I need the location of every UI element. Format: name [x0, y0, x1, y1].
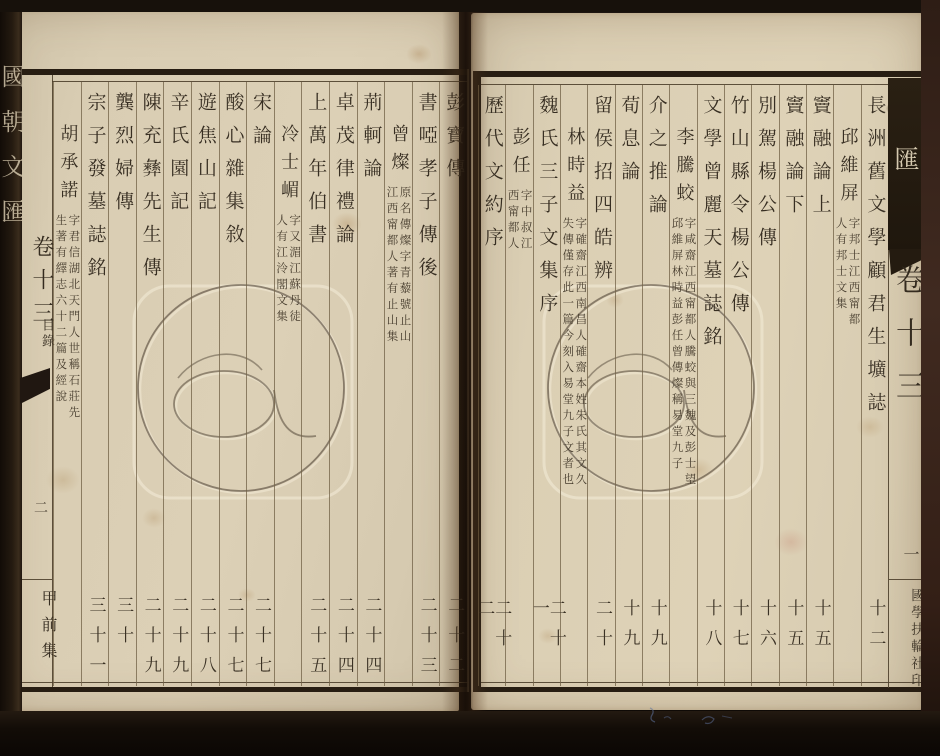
- right-column-4: 竇融論下十五: [779, 85, 806, 686]
- spine-strip: 國朝文匯: [0, 9, 22, 711]
- entry-title: 魏氏三子文集序: [537, 95, 556, 326]
- entry-title: 竇融論上: [811, 95, 830, 227]
- page-number: 二十四: [335, 596, 352, 686]
- right-column-1: 長洲舊文學顧君生壙誌十二: [861, 85, 888, 686]
- page-number: 十五: [784, 599, 801, 659]
- right-column-3: 竇融論上十五: [806, 85, 833, 686]
- author-name: 冷士嵋: [279, 124, 297, 208]
- page-number: 十二: [866, 599, 883, 659]
- volume-label: 卷十三: [889, 264, 922, 423]
- left-column-4: 荊軻論二十四: [357, 82, 385, 686]
- entry-title: 竹山縣令楊公傳: [729, 95, 748, 326]
- page-number: 十九: [620, 599, 637, 659]
- page-number: 十九: [648, 599, 665, 659]
- right-column-8: 李騰蛟字咸齋江西甯都人騰蛟與三魏及彭士望邱維屏林時益彭任曾傳燦稱易堂九子: [669, 85, 696, 686]
- page-number: 十五: [812, 599, 829, 659]
- author-note: 字確齋江西南昌人確齋本姓朱氏其文久失傳僅存此一篇今刻入易堂九子文者也: [561, 217, 587, 493]
- entry-title: 宋論: [251, 92, 270, 158]
- entry-title: 辛氏園記: [168, 92, 187, 224]
- author-name: 曾燦: [390, 124, 408, 180]
- author-note: 原名傳燦字青藜號止山江西甯都人著有止山集: [386, 186, 412, 350]
- page-number: 十七: [730, 599, 747, 659]
- page-number: 二十: [593, 599, 610, 659]
- entry-title: 介之推論: [647, 95, 666, 227]
- entry-title: 荊軻論: [361, 92, 380, 191]
- page-number: 二十七: [224, 596, 241, 686]
- right-column-10: 荀息論十九: [615, 85, 642, 686]
- right-column-9: 介之推論十九: [642, 85, 669, 686]
- right-column-11: 留侯招四皓辨二十: [587, 85, 614, 686]
- left-column-13: 龔烈婦傳三十: [108, 82, 136, 686]
- left-column-5: 卓茂律禮論二十四: [329, 82, 357, 686]
- left-column-3: 曾燦原名傳燦字青藜號止山江西甯都人著有止山集: [384, 82, 412, 686]
- right-page-columns: 長洲舊文學顧君生壙誌十二邱維屏字邦士江西甯都人有邦士文集竇融論上十五竇融論下十五…: [478, 85, 888, 686]
- page-number: 十八: [702, 599, 719, 659]
- right-column-7: 文學曾麗天墓誌銘十八: [697, 85, 724, 686]
- page-number: 三十一: [86, 596, 103, 686]
- left-page-columns: 彭寶傳二十二書啞孝子傳後二十三曾燦原名傳燦字青藜號止山江西甯都人著有止山集荊軻論…: [53, 82, 467, 686]
- author-name: 彭任: [511, 127, 529, 183]
- right-column-6: 竹山縣令楊公傳十七: [724, 85, 751, 686]
- entry-title: 書啞孝子傳後: [417, 92, 436, 290]
- author-note: 字中叔江西甯都人: [507, 189, 533, 257]
- left-column-8: 宋論二十七: [246, 82, 274, 686]
- entry-title: 龔烈婦傳: [113, 92, 132, 224]
- toc-label: 目錄: [33, 318, 53, 350]
- left-column-15: 胡承諾字君信湖北天門人世稱石莊先生著有繹志六十二篇及經說: [53, 82, 81, 686]
- page-number: 十六: [757, 599, 774, 659]
- entry-title: 酸心雜集敘: [223, 92, 242, 257]
- book-title-cartouche: 國朝文匯: [888, 78, 922, 250]
- entry-title: 荀息論: [619, 95, 638, 194]
- right-column-12: 林時益字確齋江西南昌人確齋本姓朱氏其文久失傳僅存此一篇今刻入易堂九子文者也: [560, 85, 587, 686]
- frame-rule-bottom: [20, 687, 469, 692]
- publisher-mark: 國學扶輪社印: [890, 588, 922, 690]
- left-column-10: 遊焦山記二十八: [191, 82, 219, 686]
- entry-title: 陳充彝先生傳: [141, 92, 160, 290]
- author-note: 字君信湖北天門人世稱石莊先生著有繹志六十二篇及經說: [54, 214, 80, 426]
- author-note: 字又湄江蘇丹徒人有江泠閣文集: [275, 214, 301, 330]
- author-name: 李騰蛟: [675, 127, 693, 211]
- page-number: 二十一: [530, 599, 564, 686]
- page-number: 二十五: [307, 596, 324, 686]
- left-column-9: 酸心雜集敘二十七: [219, 82, 247, 686]
- page-number: 二十三: [418, 596, 435, 686]
- frame-rule-top: [474, 71, 922, 77]
- top-border: [0, 0, 940, 12]
- left-column-7: 冷士嵋字又湄江蘇丹徒人有江泠閣文集: [274, 82, 302, 686]
- bottom-border: [0, 711, 940, 756]
- page-number: 二十九: [142, 596, 159, 686]
- folio-number: 一: [890, 546, 922, 562]
- author-name: 邱維屏: [839, 127, 857, 211]
- right-column-5: 別駕楊公傳十六: [751, 85, 778, 686]
- entry-title: 竇融論下: [783, 95, 802, 227]
- entry-title: 遊焦山記: [196, 92, 215, 224]
- right-column-13: 魏氏三子文集序二十一: [533, 85, 560, 686]
- gutter-shadow: [442, 0, 488, 756]
- frame-line: [889, 579, 921, 580]
- left-column-2: 書啞孝子傳後二十三: [412, 82, 440, 686]
- left-column-12: 陳充彝先生傳二十九: [136, 82, 164, 686]
- book-scan: 國朝文匯 卷十三 一 國學扶輪社印 國朝文匯 卷十三 目錄 二 甲前集 長洲舊文…: [0, 0, 940, 756]
- right-column-2: 邱維屏字邦士江西甯都人有邦士文集: [833, 85, 860, 686]
- entry-title: 文學曾麗天墓誌銘: [701, 95, 720, 359]
- page-number: 二十九: [169, 596, 186, 686]
- page-number: 二十八: [197, 596, 214, 686]
- author-note: 字咸齋江西甯都人騰蛟與三魏及彭士望邱維屏林時益彭任曾傳燦稱易堂九子: [671, 217, 697, 493]
- entry-title: 卓茂律禮論: [334, 92, 353, 257]
- page-number: 二十七: [252, 596, 269, 686]
- left-column-11: 辛氏園記二十九: [163, 82, 191, 686]
- left-column-14: 宗子發墓誌銘三十一: [81, 82, 109, 686]
- folio-number: 二: [22, 500, 50, 514]
- author-name: 林時益: [565, 127, 583, 211]
- right-border: [921, 0, 940, 756]
- spine-book-title: 國朝文匯: [0, 64, 22, 244]
- page-number: 三十: [114, 596, 131, 656]
- page-number: 二十四: [362, 596, 379, 686]
- author-note: 字邦士江西甯都人有邦士文集: [835, 217, 861, 333]
- entry-title: 留侯招四皓辨: [592, 95, 611, 293]
- frame-rule-bottom: [474, 687, 922, 692]
- frame-rule-top: [20, 69, 469, 75]
- frame-line: [22, 579, 52, 580]
- entry-title: 上萬年伯書: [306, 92, 325, 257]
- right-column-14: 彭任字中叔江西甯都人: [505, 85, 532, 686]
- entry-title: 宗子發墓誌銘: [85, 92, 104, 290]
- author-name: 胡承諾: [58, 124, 76, 208]
- left-column-6: 上萬年伯書二十五: [301, 82, 329, 686]
- pencil-marks: [620, 702, 750, 732]
- entry-title: 長洲舊文學顧君生壙誌: [865, 95, 884, 425]
- entry-title: 別駕楊公傳: [756, 95, 775, 260]
